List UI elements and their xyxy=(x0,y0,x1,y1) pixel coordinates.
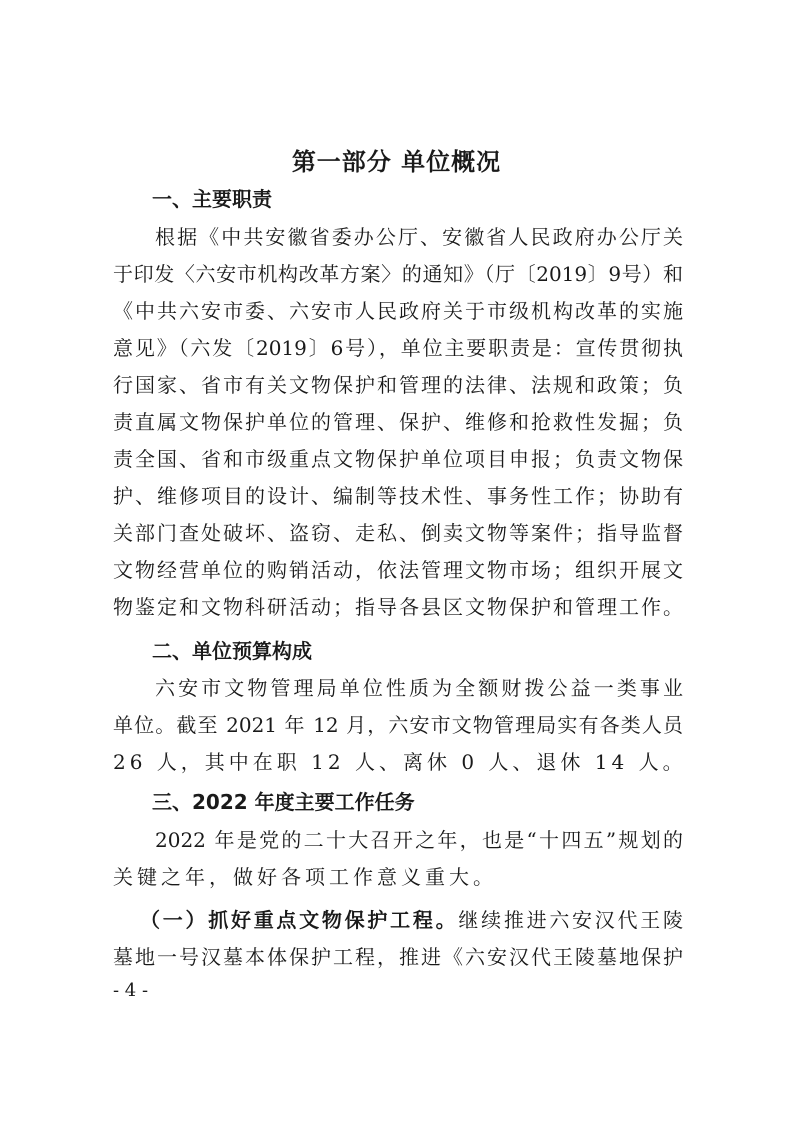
page-number: - 4 - xyxy=(113,980,148,1001)
paragraph-line: 六安市文物管理局单位性质为全额财拨公益一类事业 xyxy=(155,672,683,701)
subsection-line: （一）抓好重点文物保护工程。继续推进六安汉代王陵 xyxy=(140,904,683,933)
paragraph-line: 关部门查处破坏、盗窃、走私、倒卖文物等案件；指导监督 xyxy=(113,517,683,546)
section-heading-2: 二、单位预算构成 xyxy=(152,635,312,664)
paragraph-line: 护、维修项目的设计、编制等技术性、事务性工作；协助有 xyxy=(113,480,683,509)
paragraph-line: 意见》（六发〔2019〕6号），单位主要职责是：宣传贯彻执 xyxy=(113,332,683,361)
subsection-heading: （一）抓好重点文物保护工程。 xyxy=(140,908,458,932)
section-heading-3: 三、2022 年度主要工作任务 xyxy=(152,786,415,815)
paragraph-line: 责全国、省和市级重点文物保护单位项目申报；负责文物保 xyxy=(113,443,683,472)
paragraph-line: 单位。截至 2021 年 12 月，六安市文物管理局实有各类人员 xyxy=(113,709,683,738)
paragraph-line: 责直属文物保护单位的管理、保护、维修和抢救性发掘；负 xyxy=(113,406,683,435)
subsection-text: 继续推进六安汉代王陵 xyxy=(458,908,683,932)
document-page: 第一部分 单位概况 一、主要职责 根据《中共安徽省委办公厅、安徽省人民政府办公厅… xyxy=(0,0,793,1122)
paragraph-line: 文物经营单位的购销活动，依法管理文物市场；组织开展文 xyxy=(113,554,683,583)
paragraph-line: 《中共六安市委、六安市人民政府关于市级机构改革的实施 xyxy=(113,295,683,324)
paragraph-line: 行国家、省市有关文物保护和管理的法律、法规和政策；负 xyxy=(113,369,683,398)
paragraph-line: 物鉴定和文物科研活动；指导各县区文物保护和管理工作。 xyxy=(113,591,683,620)
paragraph-line: 26 人，其中在职 12 人、离休 0 人、退休 14 人。 xyxy=(113,746,683,775)
paragraph-line: 根据《中共安徽省委办公厅、安徽省人民政府办公厅关 xyxy=(155,221,683,250)
page-title: 第一部分 单位概况 xyxy=(0,142,793,177)
section-heading-1: 一、主要职责 xyxy=(152,183,272,212)
paragraph-line: 2022 年是党的二十大召开之年，也是“十四五”规划的 xyxy=(155,824,683,853)
paragraph-line: 于印发〈六安市机构改革方案〉的通知》（厅〔2019〕9号）和 xyxy=(113,258,683,287)
paragraph-line: 关键之年，做好各项工作意义重大。 xyxy=(113,861,683,890)
paragraph-line: 墓地一号汉墓本体保护工程，推进《六安汉代王陵墓地保护 xyxy=(113,941,683,970)
